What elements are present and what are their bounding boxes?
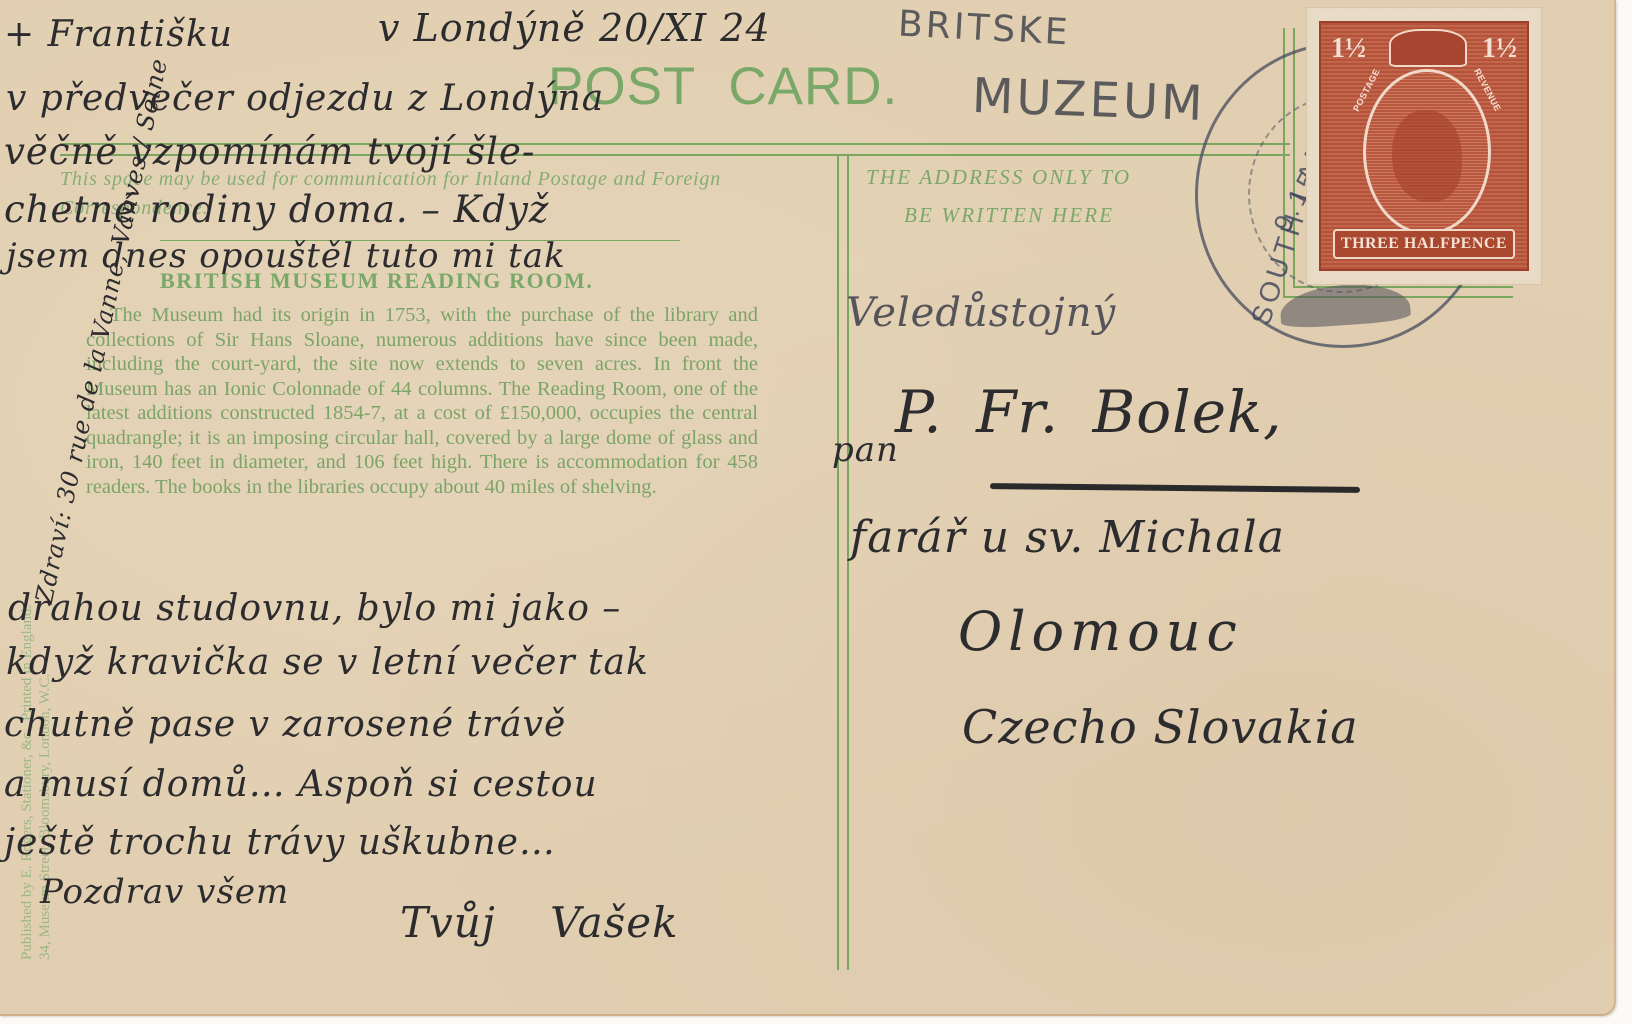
divider-rule-2 [847,154,849,970]
message-line: ještě trochu trávy uškubne… [4,822,556,863]
signature: Tvůj Vašek [400,898,679,947]
stamp-denomination: THREE HALFPENCE [1333,229,1515,259]
address-line-2: farář u sv. Michala [850,512,1285,563]
message-line: chetné rodiny doma. – Když [4,188,549,231]
king-portrait-icon [1363,69,1491,235]
address-instruction-line-2: BE WRITTEN HERE [866,196,1226,234]
name-underline [990,483,1360,493]
message-line: drahou studovnu, bylo mi jako – [8,588,621,629]
place-date: v Londýně 20/XI 24 [378,6,771,50]
postage-stamp: 1½ 1½ POSTAGE REVENUE THREE HALFPENCE [1307,8,1541,284]
postcard: POSTCARD. This space may be used for com… [0,0,1616,1016]
address-instruction: THE ADDRESS ONLY TO BE WRITTEN HERE [866,158,1226,234]
address-country: Czecho Slovakia [962,700,1359,754]
stamp-value-right: 1½ [1482,35,1517,63]
message-line: jsem dnes opouštěl tuto mi tak [6,236,566,276]
pencil-note-muzeum: MUZEUM [971,68,1206,132]
message-line: chutně pase v zarosené trávě [4,704,566,745]
address-instruction-line-1: THE ADDRESS ONLY TO [866,158,1226,196]
message-line: a musí domů… Aspoň si cestou [4,764,598,805]
message-line: věčně vzpomínám tvojí šle- [4,130,535,173]
address-city: Olomouc [958,600,1243,663]
portrait-head [1392,110,1462,202]
message-line: když kravička se v letní večer tak [6,642,649,683]
message-line: + Františku [4,14,233,55]
address-salutation: Veledůstojný [846,290,1116,336]
stamp-value-left: 1½ [1331,35,1366,63]
message-line: Pozdrav všem [40,872,289,912]
crown-icon [1389,29,1467,67]
message-line: v předvečer odjezdu z Londýna [6,78,604,119]
stamp-design: 1½ 1½ POSTAGE REVENUE THREE HALFPENCE [1319,21,1529,271]
address-prefix: pan [832,430,899,470]
description-paragraph: The Museum had its origin in 1753, with … [86,303,758,499]
card-description: The Museum had its origin in 1753, with … [86,303,758,499]
divider-rule-1 [837,154,839,970]
address-name: P. Fr. Bolek, [895,378,1283,446]
title-card: CARD. [728,57,898,116]
pencil-note-britske: BRITSKE [897,4,1071,54]
